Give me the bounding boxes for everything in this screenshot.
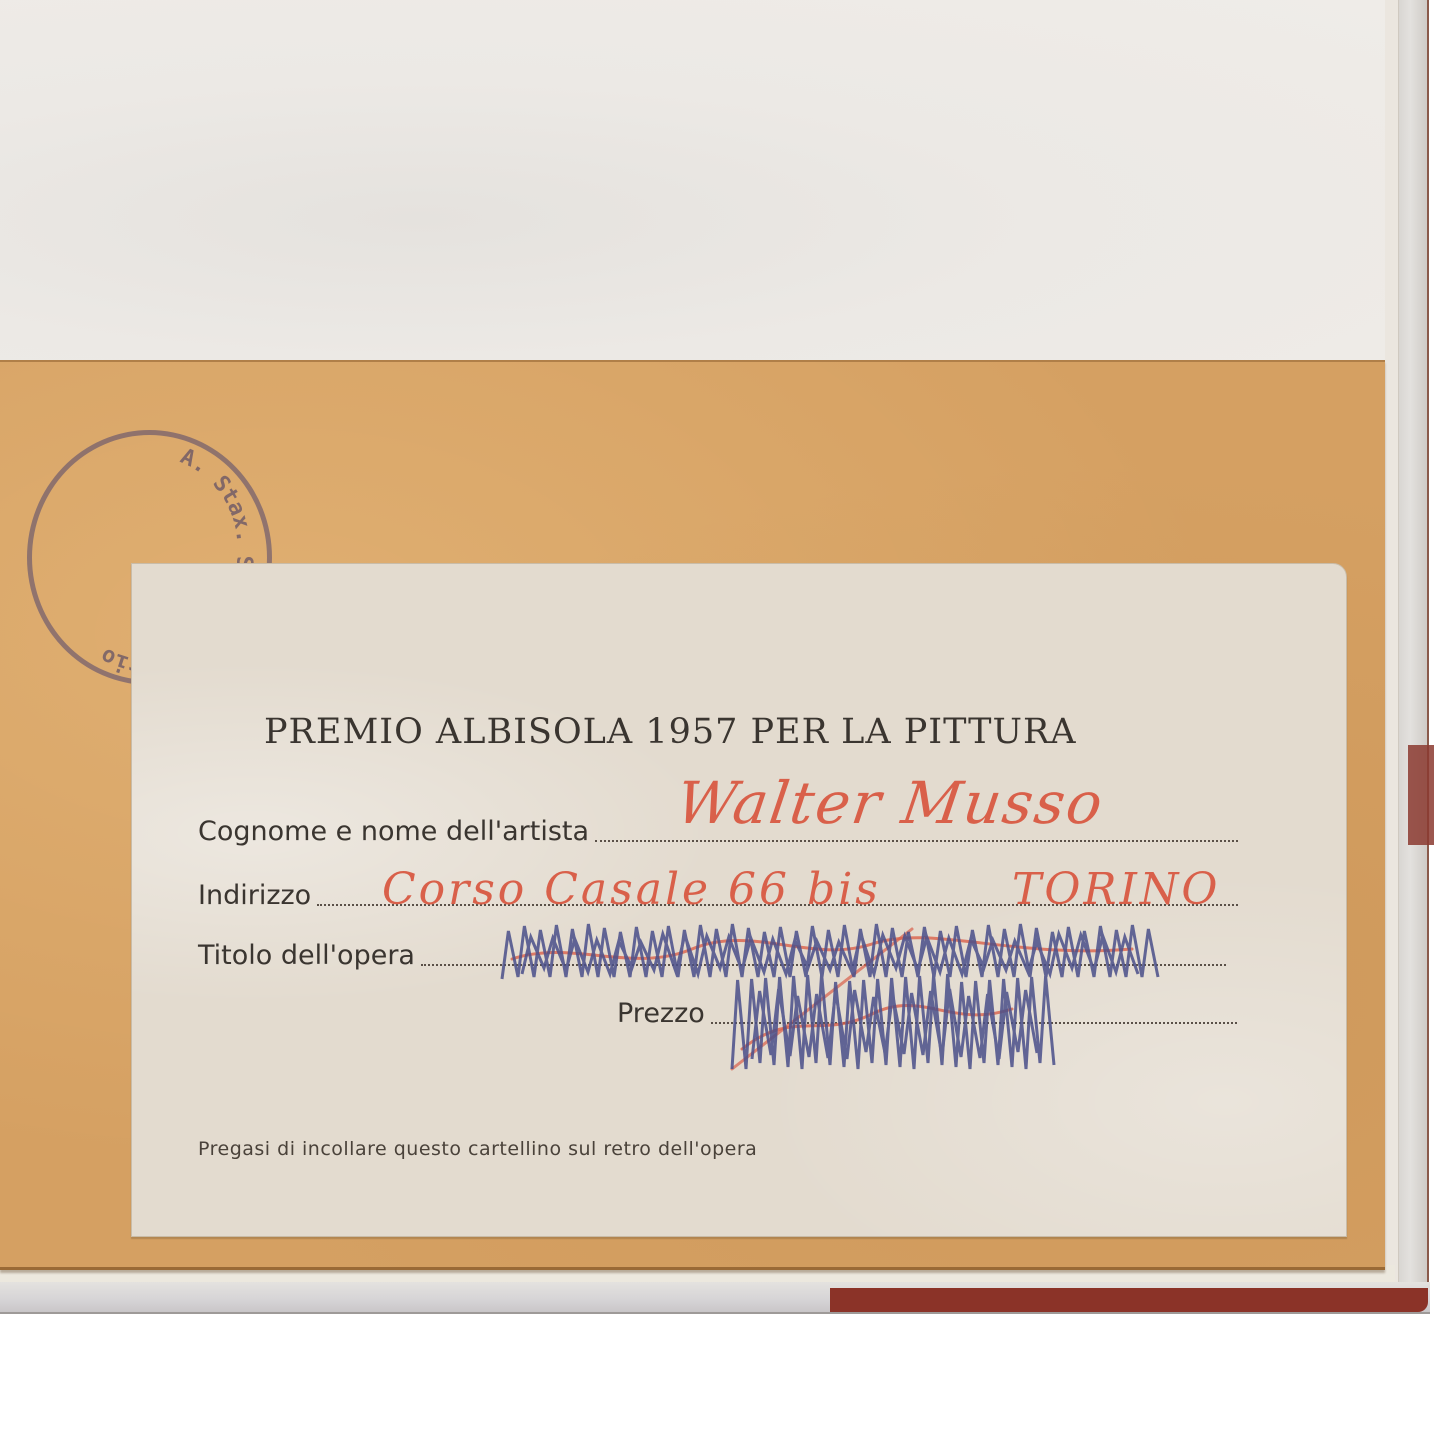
- field-label: Titolo dell'opera: [198, 940, 415, 971]
- handwritten-address: Corso Casale 66 bis: [382, 864, 881, 915]
- handwritten-city: TORINO: [1012, 864, 1221, 915]
- label-title: PREMIO ALBISOLA 1957 PER LA PITTURA: [264, 712, 1184, 752]
- dotted-line: [595, 838, 1238, 842]
- handwritten-artist-name: Walter Musso: [672, 769, 1108, 837]
- label-footer-note: Pregasi di incollare questo cartellino s…: [198, 1138, 757, 1160]
- field-label: Indirizzo: [198, 880, 311, 911]
- frame-right-edge: [1398, 0, 1427, 1290]
- frame-bottom-red-paint: [830, 1288, 1428, 1312]
- crossed-out-scribble-icon: [492, 919, 1192, 1079]
- white-backing-paper: [0, 0, 1395, 365]
- exhibition-label-card: PREMIO ALBISOLA 1957 PER LA PITTURA Cogn…: [131, 563, 1347, 1237]
- field-label: Cognome e nome dell'artista: [198, 816, 589, 847]
- frame-red-paint-patch: [1408, 745, 1434, 845]
